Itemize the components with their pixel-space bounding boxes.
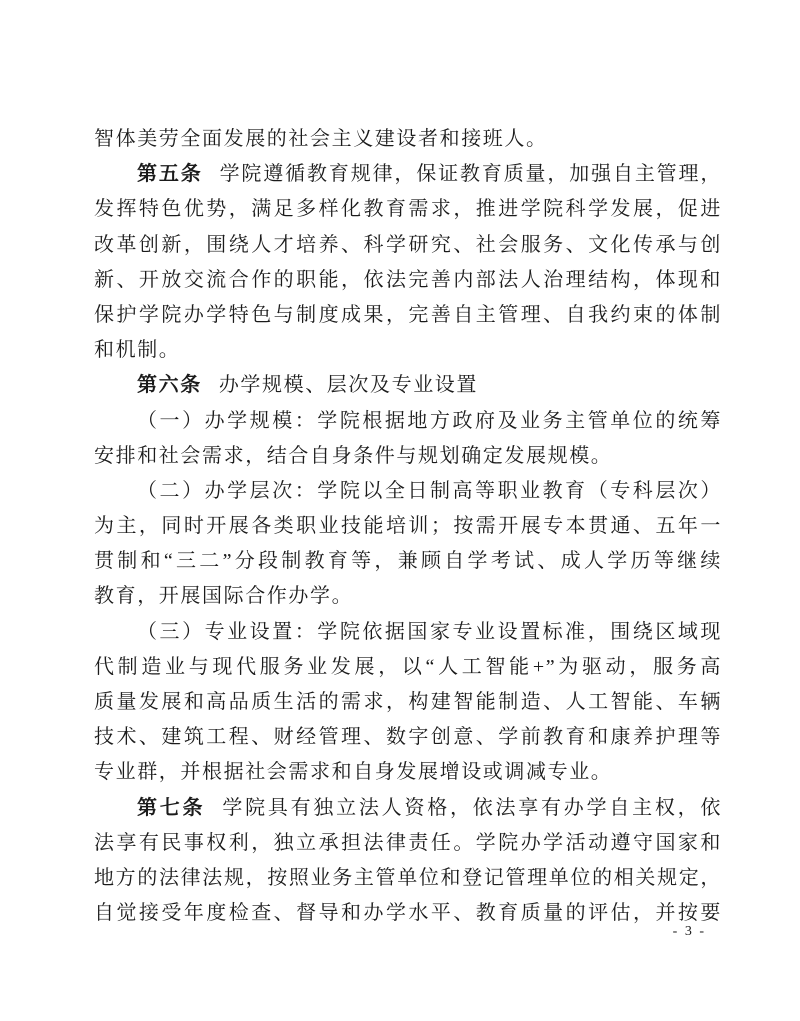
text-line-12: 为主，同时开展各类职业技能培训；按需开展专本贯通、五年一 [94,509,722,544]
text-line-21: 法享有民事权利，独立承担法律责任。学院办学活动遵守国家和 [94,826,722,861]
text-line-20: 第七条学院具有独立法人资格，依法享有办学自主权，依 [94,791,722,826]
body-text: 学院具有独立法人资格，依法享有办学自主权，依 [222,797,722,819]
text-line-8: 第六条办学规模、层次及专业设置 [94,368,722,403]
text-line-15: （三）专业设置：学院依据国家专业设置标准，围绕区域现 [94,615,722,650]
body-text: 发挥特色优势，满足多样化教育需求，推进学院科学发展，促进 [94,198,722,220]
body-text: 专业群，并根据社会需求和自身发展增设或调减专业。 [94,761,612,783]
text-line-5: 新、开放交流合作的职能，依法完善内部法人治理结构，体现和 [94,263,722,298]
text-line-23: 自觉接受年度检查、督导和办学水平、教育质量的评估，并按要 [94,896,722,931]
body-text: 质量发展和高品质生活的需求，构建智能制造、人工智能、车辆 [94,691,722,713]
body-text: 新、开放交流合作的职能，依法完善内部法人治理结构，体现和 [94,269,722,291]
body-text: （三）专业设置：学院依据国家专业设置标准，围绕区域现 [137,621,722,643]
text-line-10: 安排和社会需求，结合自身条件与规划确定发展规模。 [94,439,722,474]
article-7-label: 第七条 [137,797,205,819]
text-line-2: 第五条学院遵循教育规律，保证教育质量，加强自主管理， [94,157,722,192]
text-line-14: 教育，开展国际合作办学。 [94,579,722,614]
body-text: 安排和社会需求，结合自身条件与规划确定发展规模。 [94,445,612,467]
document-page: 智体美劳全面发展的社会主义建设者和接班人。 第五条学院遵循教育规律，保证教育质量… [0,0,800,1021]
text-line-3: 发挥特色优势，满足多样化教育需求，推进学院科学发展，促进 [94,192,722,227]
document-body: 智体美劳全面发展的社会主义建设者和接班人。 第五条学院遵循教育规律，保证教育质量… [94,122,722,931]
text-line-11: （二）办学层次：学院以全日制高等职业教育（专科层次） [94,474,722,509]
body-text: 办学规模、层次及专业设置 [219,374,478,396]
text-line-18: 技术、建筑工程、财经管理、数字创意、学前教育和康养护理等 [94,720,722,755]
page-number: - 3 - [673,924,706,940]
article-5-label: 第五条 [137,163,203,185]
body-text: 改革创新，围绕人才培养、科学研究、社会服务、文化传承与创 [94,234,722,256]
body-text: 技术、建筑工程、财经管理、数字创意、学前教育和康养护理等 [94,726,722,748]
body-text: 自觉接受年度检查、督导和办学水平、教育质量的评估，并按要 [94,902,722,924]
text-line-19: 专业群，并根据社会需求和自身发展增设或调减专业。 [94,755,722,790]
body-text: 贯制和“三二”分段制教育等，兼顾自学考试、成人学历等继续 [94,550,722,572]
text-line-1: 智体美劳全面发展的社会主义建设者和接班人。 [94,122,722,157]
body-text: （二）办学层次：学院以全日制高等职业教育（专科层次） [137,480,722,502]
text-line-4: 改革创新，围绕人才培养、科学研究、社会服务、文化传承与创 [94,228,722,263]
body-text: 代制造业与现代服务业发展，以“人工智能+”为驱动，服务高 [94,656,722,678]
text-line-22: 地方的法律法规，按照业务主管单位和登记管理单位的相关规定， [94,861,722,896]
body-text: 为主，同时开展各类职业技能培训；按需开展专本贯通、五年一 [94,515,722,537]
text-line-9: （一）办学规模：学院根据地方政府及业务主管单位的统筹 [94,404,722,439]
article-6-label: 第六条 [137,374,202,396]
body-text: 地方的法律法规，按照业务主管单位和登记管理单位的相关规定， [94,867,722,889]
body-text: 和机制。 [94,339,180,361]
text-line-16: 代制造业与现代服务业发展，以“人工智能+”为驱动，服务高 [94,650,722,685]
body-text: 法享有民事权利，独立承担法律责任。学院办学活动遵守国家和 [94,832,722,854]
body-text: 教育，开展国际合作办学。 [94,585,353,607]
text-line-13: 贯制和“三二”分段制教育等，兼顾自学考试、成人学历等继续 [94,544,722,579]
body-text: 智体美劳全面发展的社会主义建设者和接班人。 [94,128,548,150]
text-line-6: 保护学院办学特色与制度成果，完善自主管理、自我约束的体制 [94,298,722,333]
text-line-7: 和机制。 [94,333,722,368]
body-text: 学院遵循教育规律，保证教育质量，加强自主管理， [220,163,722,185]
body-text: （一）办学规模：学院根据地方政府及业务主管单位的统筹 [137,410,722,432]
text-line-17: 质量发展和高品质生活的需求，构建智能制造、人工智能、车辆 [94,685,722,720]
body-text: 保护学院办学特色与制度成果，完善自主管理、自我约束的体制 [94,304,722,326]
